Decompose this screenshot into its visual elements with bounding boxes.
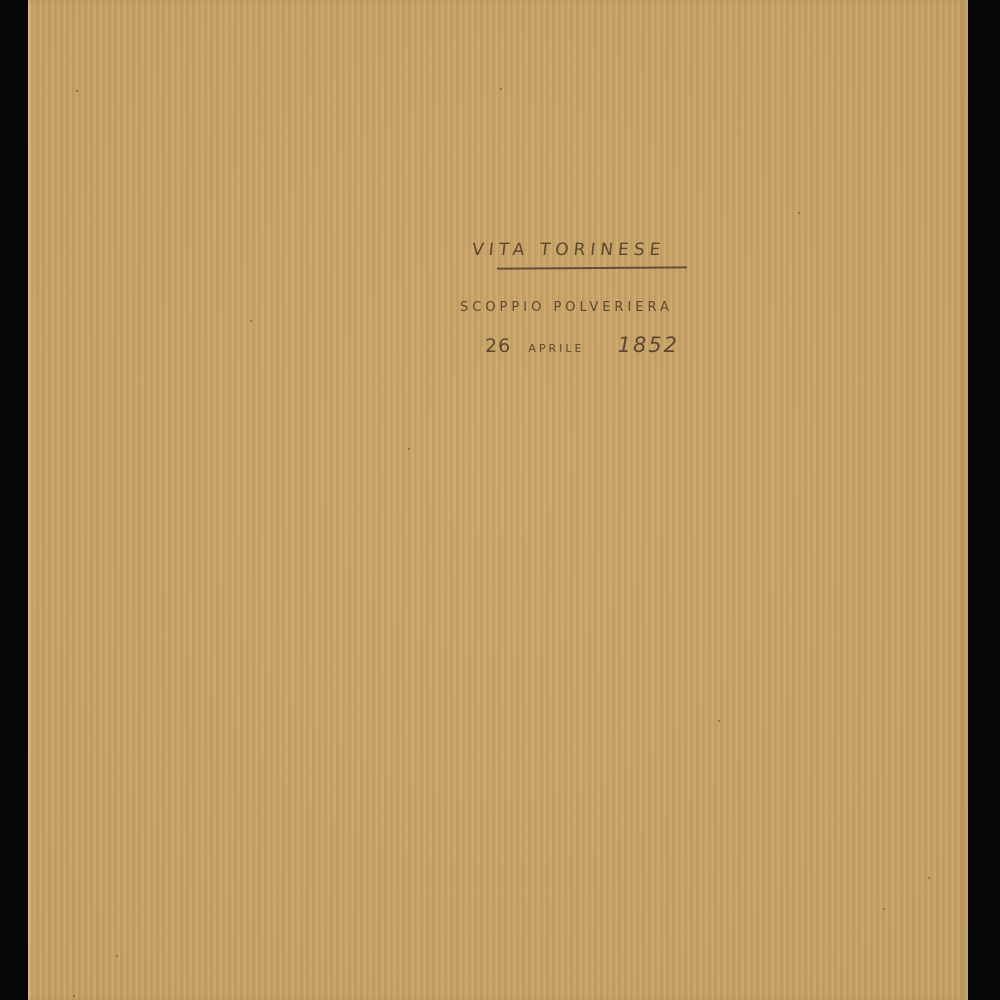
paper-speck <box>116 955 118 957</box>
paper-speck <box>883 908 885 910</box>
paper-speck <box>500 88 502 90</box>
folder-cover <box>28 0 968 1000</box>
date-month: APRILE <box>528 342 584 355</box>
paper-speck <box>73 995 75 997</box>
scan-background: VITA TORINESE SCOPPIO POLVERIERA 26 APRI… <box>0 0 1000 1000</box>
date-day: 26 <box>485 335 511 357</box>
paper-speck <box>928 877 930 879</box>
folder-date: 26 APRILE 1852 <box>485 333 679 357</box>
paper-speck <box>408 448 410 450</box>
folder-edge <box>962 0 968 1000</box>
date-year: 1852 <box>618 333 679 357</box>
paper-speck <box>76 90 78 92</box>
paper-speck <box>798 212 800 214</box>
paper-speck <box>250 320 252 322</box>
folder-subject: SCOPPIO POLVERIERA <box>460 300 673 315</box>
folder-title: VITA TORINESE <box>471 240 666 260</box>
paper-speck <box>718 720 720 722</box>
